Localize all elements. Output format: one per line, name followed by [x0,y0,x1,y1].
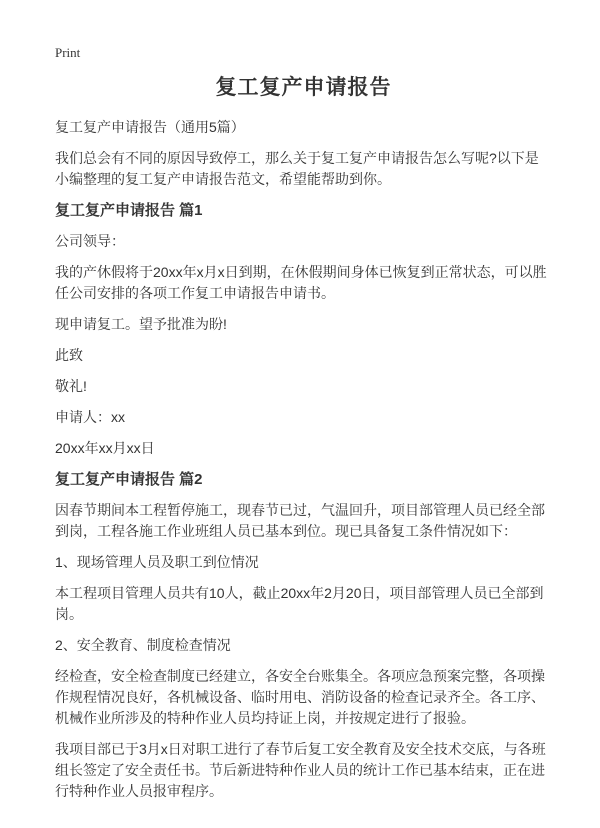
paragraph: 敬礼! [55,376,552,397]
paragraph: 本工程项目管理人员共有10人，截止20xx年2月20日，项目部管理人员已全部到岗… [55,583,552,625]
paragraph: 复工复产申请报告（通用5篇） [55,117,552,138]
paragraph: 因春节期间本工程暂停施工，现春节已过，气温回升，项目部管理人员已经全部到岗，工程… [55,500,552,542]
paragraph: 2、安全教育、制度检查情况 [55,635,552,656]
document-title: 复工复产申请报告 [55,75,552,100]
paragraph: 此致 [55,345,552,366]
document-body: 复工复产申请报告（通用5篇）我们总会有不同的原因导致停工，那么关于复工复产申请报… [55,117,552,802]
print-link[interactable]: Print [55,44,80,62]
paragraph: 公司领导： [55,231,552,252]
paragraph: 经检查，安全检查制度已经建立，各安全台账集全。各项应急预案完整，各项操作规程情况… [55,666,552,729]
section-heading: 复工复产申请报告 篇1 [55,200,552,221]
paragraph: 我的产休假将于20xx年x月x日到期，在休假期间身体已恢复到正常状态，可以胜任公… [55,262,552,304]
paragraph: 1、现场管理人员及职工到位情况 [55,552,552,573]
paragraph: 我们总会有不同的原因导致停工，那么关于复工复产申请报告怎么写呢?以下是小编整理的… [55,148,552,190]
section-heading: 复工复产申请报告 篇2 [55,469,552,490]
paragraph: 现申请复工。望予批准为盼! [55,314,552,335]
paragraph: 申请人：xx [55,407,552,428]
document-page: Print 复工复产申请报告 复工复产申请报告（通用5篇）我们总会有不同的原因导… [0,0,600,828]
paragraph: 我项目部已于3月x日对职工进行了春节后复工安全教育及安全技术交底，与各班组长签定… [55,739,552,802]
paragraph: 20xx年xx月xx日 [55,438,552,459]
